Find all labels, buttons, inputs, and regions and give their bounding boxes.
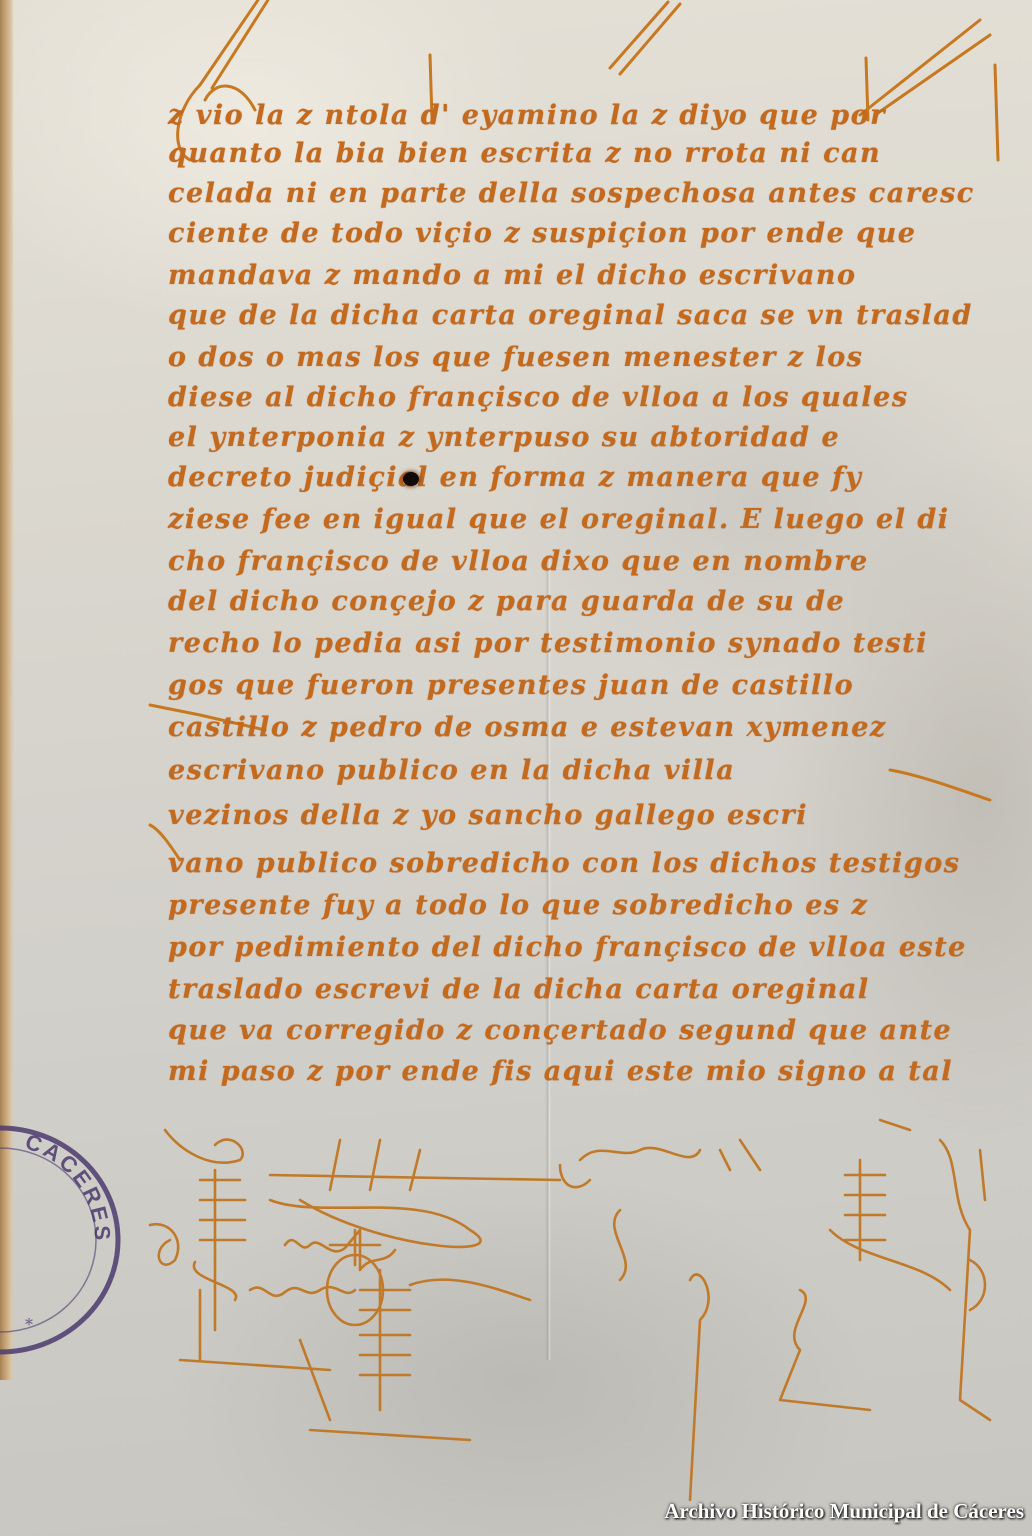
manuscript-line: que de la dicha carta oreginal saca se v… bbox=[168, 300, 973, 331]
manuscript-line: o dos o mas los que fuesen menester z lo… bbox=[168, 342, 864, 373]
manuscript-line: diese al dicho françisco de vlloa a los … bbox=[168, 382, 909, 413]
manuscript-line: ciente de todo viçio z suspiçion por end… bbox=[168, 218, 916, 249]
manuscript-line: quanto la bia bien escrita z no rrota ni… bbox=[168, 138, 881, 169]
manuscript-line: recho lo pedia asi por testimonio synado… bbox=[168, 628, 928, 659]
archive-stamp-icon: CACERES * bbox=[0, 1115, 125, 1355]
manuscript-line: celada ni en parte della sospechosa ante… bbox=[168, 178, 975, 209]
manuscript-line: presente fuy a todo lo que sobredicho es… bbox=[168, 890, 868, 921]
manuscript-line: gos que fueron presentes juan de castill… bbox=[168, 670, 854, 701]
manuscript-line: vezinos della z yo sancho gallego escri bbox=[168, 800, 808, 831]
manuscript-line: cho françisco de vlloa dixo que en nombr… bbox=[168, 546, 869, 577]
manuscript-line: del dicho conçejo z para guarda de su de bbox=[168, 586, 845, 617]
manuscript-line: mi paso z por ende fis aqui este mio sig… bbox=[168, 1056, 953, 1087]
manuscript-line: z vio la z ntola d' eyamino la z diyo qu… bbox=[168, 100, 886, 131]
manuscript-line: vano publico sobredicho con los dichos t… bbox=[168, 848, 960, 879]
manuscript-line: que va corregido z conçertado segund que… bbox=[168, 1015, 952, 1046]
svg-text:*: * bbox=[25, 1315, 33, 1334]
manuscript-line: decreto judiçial en forma z manera que f… bbox=[168, 462, 862, 493]
manuscript-line: castillo z pedro de osma e estevan xymen… bbox=[168, 712, 887, 743]
manuscript-line: por pedimiento del dicho françisco de vl… bbox=[168, 932, 967, 963]
manuscript-line: mandava z mando a mi el dicho escrivano bbox=[168, 260, 857, 291]
archive-watermark: Archivo Histórico Municipal de Cáceres bbox=[664, 1499, 1024, 1524]
manuscript-line: el ynterponia z ynterpuso su abtoridad e bbox=[168, 422, 840, 453]
manuscript-line: ziese fee en igual que el oreginal. E lu… bbox=[168, 504, 950, 535]
manuscript-line: traslado escrevi de la dicha carta oregi… bbox=[168, 974, 870, 1005]
parchment-hole bbox=[403, 472, 419, 486]
manuscript-line: escrivano publico en la dicha villa bbox=[168, 755, 735, 786]
